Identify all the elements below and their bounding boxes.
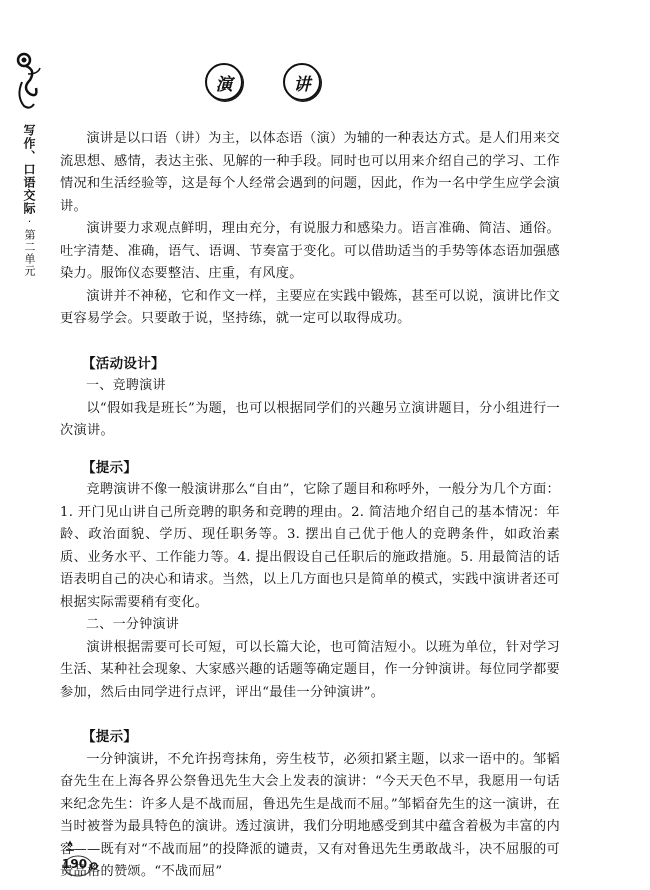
side-label-main: 写作、口语交际: [22, 124, 36, 215]
page-number: 190: [62, 857, 87, 871]
tip1-heading: 【提示】: [60, 457, 560, 480]
part1-title: 一、竞聘演讲: [60, 375, 560, 398]
part2-text: 演讲根据需要可长可短，可以长篇大论，也可简洁短小。以班为单位，针对学习生活、某种…: [60, 637, 560, 705]
main-content: 演讲是以口语（讲）为主，以体态语（演）为辅的一种表达方式。是人们用来交流思想、感…: [60, 128, 560, 884]
title-char-1: 演: [205, 63, 243, 101]
side-label-sub: ·第二单元: [23, 215, 36, 277]
activity-heading: 【活动设计】: [60, 353, 560, 376]
title-char-2: 讲: [283, 63, 321, 101]
intro-paragraph-3: 演讲并不神秘，它和作文一样，主要应在实践中锻炼，甚至可以说，演讲比作文更容易学会…: [60, 286, 560, 331]
tip1-text: 竞聘演讲不像一般演讲那么“自由”，它除了题目和称呼外，一般分为几个方面：1. 开…: [60, 479, 560, 614]
tip2-heading: 【提示】: [60, 726, 560, 749]
part1-text: 以“假如我是班长”为题，也可以根据同学们的兴趣另立演讲题目，分小组进行一次演讲。: [60, 398, 560, 443]
tip2-text: 一分钟演讲，不允许拐弯抹角，旁生枝节，必须扣紧主题，以求一语中的。邹韬奋先生在上…: [60, 749, 560, 884]
unit-side-label: 写作、口语交际·第二单元: [20, 124, 36, 277]
decorative-ornament-icon: [14, 52, 44, 112]
intro-paragraph-2: 演讲要力求观点鲜明，理由充分，有说服力和感染力。语言准确、简洁、通俗。吐字清楚、…: [60, 218, 560, 286]
intro-paragraph-1: 演讲是以口语（讲）为主，以体态语（演）为辅的一种表达方式。是人们用来交流思想、感…: [60, 128, 560, 218]
page-title: 演 讲: [205, 63, 321, 101]
part2-title: 二、一分钟演讲: [60, 614, 560, 637]
